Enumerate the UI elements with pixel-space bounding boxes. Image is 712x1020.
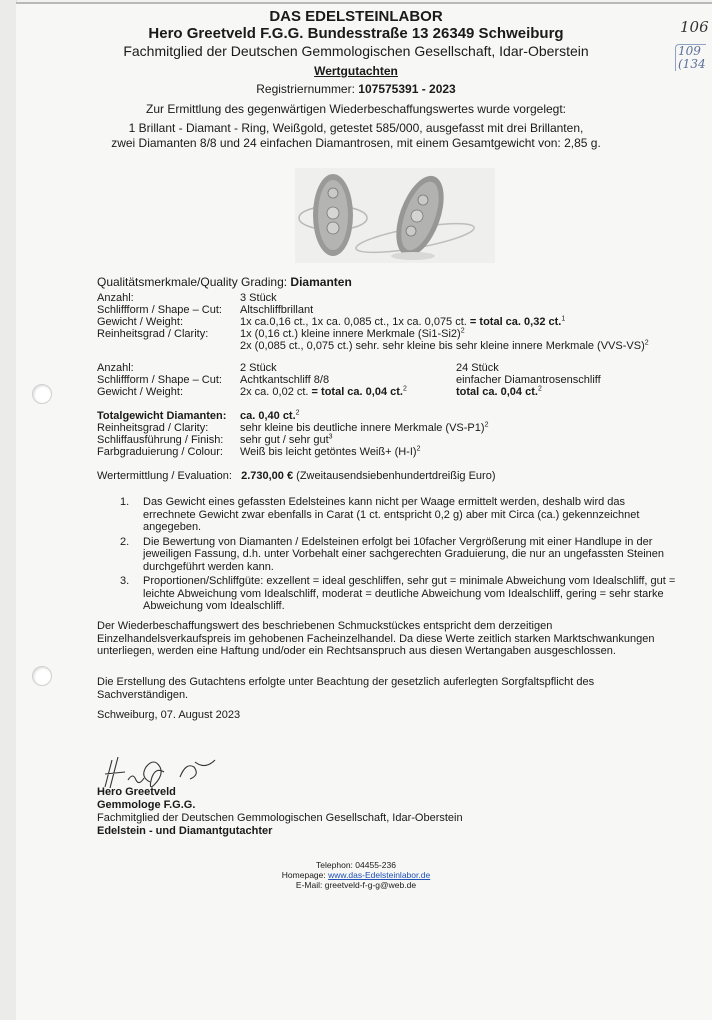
item-description-line: zwei Diamanten 8/8 und 24 einfachen Diam… [0,136,712,151]
contact-block: Telephon: 04455-236 Homepage: www.das-Ed… [0,860,712,890]
label: Schliffform / Shape – Cut: [97,374,240,386]
total-weight: ca. 0,40 ct. [240,410,296,422]
phone-line: Telephon: 04455-236 [0,860,712,870]
signer-membership: Fachmitglied der Deutschen Gemmologische… [97,812,463,825]
value: 24 Stück [456,362,601,374]
evaluation-label: Wertermittlung / Evaluation: [97,470,232,482]
value: 2x (0,085 ct., 0,075 ct.) sehr. sehr kle… [240,340,649,352]
value: 2 Stück [240,362,456,374]
value: sehr kleine bis deutliche innere Merkmal… [240,422,488,434]
registration-number: 107575391 - 2023 [358,82,455,96]
value: ca. 0,40 ct.2 [240,410,488,422]
footnote-number: 1. [120,496,143,534]
weight-detail: 2x ca. 0,02 ct. [240,386,308,398]
phone-label: Telephon: [316,860,353,870]
address-line: Hero Greetveld F.G.G. Bundesstraße 13 26… [0,25,712,42]
quality-title-prefix: Qualitätsmerkmale/Quality Grading: [97,275,287,289]
value: einfacher Diamantrosenschliff [456,374,601,386]
label: Schliffform / Shape – Cut: [97,304,240,316]
value: total ca. 0,04 ct.2 [456,386,601,398]
value: 1x (0,16 ct.) kleine innere Merkmale (Si… [240,328,649,340]
document-type: Wertgutachten [0,64,712,78]
finish-value: sehr gut / sehr gut [240,434,329,446]
quality-title: Qualitätsmerkmale/Quality Grading: Diama… [97,276,352,288]
footnote-ref: 2 [461,327,465,334]
footnote-item: 2.Die Bewertung von Diamanten / Edelstei… [120,536,680,574]
clarity-detail: 1x (0,16 ct.) kleine innere Merkmale (Si… [240,328,461,340]
label: Anzahl: [97,292,240,304]
footnote-ref: 2 [417,445,421,452]
footnote-text: Die Bewertung von Diamanten / Edelsteine… [143,536,680,574]
clarity-value: sehr kleine bis deutliche innere Merkmal… [240,422,485,434]
footnote-ref: 1 [561,315,565,322]
label: Schliffausführung / Finish: [97,434,240,446]
item-description-line: 1 Brillant - Diamant - Ring, Weißgold, g… [0,121,712,136]
label: Gewicht / Weight: [97,316,240,328]
footnote-item: 3.Proportionen/Schliffgüte: exzellent = … [120,575,680,613]
value: 1x ca.0,16 ct., 1x ca. 0,085 ct., 1x ca.… [240,316,649,328]
signer-role: Edelstein - und Diamantgutachter [97,825,463,838]
disclaimer-paragraph: Der Wiederbeschaffungswert des beschrieb… [97,620,687,658]
handwritten-note: 106 [680,18,709,36]
signature-block: Hero Greetveld Gemmologe F.G.G. Fachmitg… [97,786,463,838]
diamond-summary: Totalgewicht Diamanten:ca. 0,40 ct.2 Rei… [97,410,488,458]
label: Gewicht / Weight: [97,386,240,398]
footnote-ref: 2 [485,421,489,428]
footnote-ref: 2 [538,385,542,392]
weight-total: total ca. 0,04 ct. [456,386,538,398]
membership-line: Fachmitglied der Deutschen Gemmologische… [0,43,712,59]
colour-value: Weiß bis leicht getöntes Weiß+ (H-I) [240,446,417,458]
homepage-link[interactable]: www.das-Edelsteinlabor.de [328,870,430,880]
email-line: E-Mail: greetveld-f-g-g@web.de [0,880,712,890]
weight-total: = total ca. 0,04 ct. [312,386,403,398]
evaluation-value: 2.730,00 € [241,470,293,482]
weight-detail: 1x ca.0,16 ct., 1x ca. 0,085 ct., 1x ca.… [240,316,467,328]
evaluation-words: (Zweitausendsiebenhundertdreißig Euro) [296,470,495,482]
diamond-group-2: Anzahl:2 Stück24 Stück Schliffform / Sha… [97,362,601,398]
footnotes: 1.Das Gewicht eines gefassten Edelsteine… [120,496,680,615]
clarity-detail: 2x (0,085 ct., 0,075 ct.) sehr. sehr kle… [240,340,645,352]
registration-label: Registriernummer: [256,82,355,96]
punch-hole [32,666,52,686]
signer-title: Gemmologe F.G.G. [97,799,463,812]
phone-value: 04455-236 [355,860,396,870]
label: Reinheitsgrad / Clarity: [97,422,240,434]
weight-total: = total ca. 0,32 ct. [470,316,561,328]
value: sehr gut / sehr gut3 [240,434,488,446]
value: Achtkantschliff 8/8 [240,374,456,386]
diligence-paragraph: Die Erstellung des Gutachtens erfolgte u… [97,676,687,701]
footnote-ref: 2 [296,409,300,416]
footnote-text: Proportionen/Schliffgüte: exzellent = id… [143,575,680,613]
footnote-number: 3. [120,575,143,613]
homepage-label: Homepage: [282,870,326,880]
footnote-text: Das Gewicht eines gefassten Edelsteines … [143,496,680,534]
homepage-line: Homepage: www.das-Edelsteinlabor.de [0,870,712,880]
intro-text: Zur Ermittlung des gegenwärtigen Wiederb… [0,102,712,116]
label: Totalgewicht Diamanten: [97,410,240,422]
handwritten-box-note: 109 (134 [675,44,706,71]
label [97,340,240,352]
footnote-item: 1.Das Gewicht eines gefassten Edelsteine… [120,496,680,534]
label: Farbgraduierung / Colour: [97,446,240,458]
footnote-ref: 3 [329,433,333,440]
label: Reinheitsgrad / Clarity: [97,328,240,340]
handwritten-line: (134 [678,58,706,71]
value: 3 Stück [240,292,649,304]
diamond-group-1: Anzahl:3 Stück Schliffform / Shape – Cut… [97,292,649,352]
registration: Registriernummer: 107575391 - 2023 [0,82,712,96]
value: Weiß bis leicht getöntes Weiß+ (H-I)2 [240,446,488,458]
email-value: greetveld-f-g-g@web.de [325,880,416,890]
email-label: E-Mail: [296,880,322,890]
footnote-ref: 2 [645,339,649,346]
org-name: DAS EDELSTEINLABOR [0,8,712,25]
footnote-number: 2. [120,536,143,574]
evaluation: Wertermittlung / Evaluation: 2.730,00 € … [97,470,496,482]
item-description: 1 Brillant - Diamant - Ring, Weißgold, g… [0,121,712,151]
value: Altschliffbrillant [240,304,649,316]
footnote-ref: 2 [403,385,407,392]
label: Anzahl: [97,362,240,374]
value: 2x ca. 0,02 ct. = total ca. 0,04 ct.2 [240,386,456,398]
place-date: Schweiburg, 07. August 2023 [97,709,687,722]
ring-photo [295,168,495,263]
signer-name: Hero Greetveld [97,786,463,799]
punch-hole [32,384,52,404]
quality-title-bold: Diamanten [290,275,351,289]
